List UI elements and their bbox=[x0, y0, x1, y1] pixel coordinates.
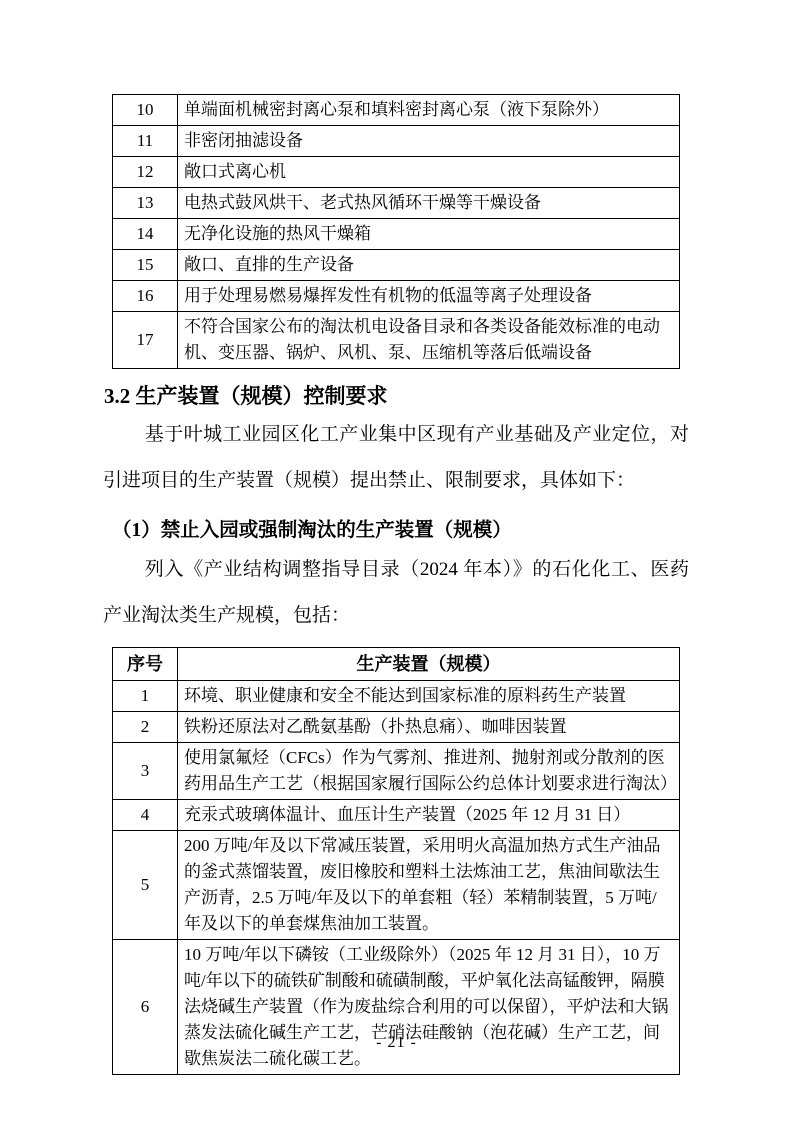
row-text-cell: 不符合国家公布的淘汰机电设备目录和各类设备能效标准的电动机、变压器、锅炉、风机、… bbox=[178, 312, 680, 369]
table-row: 15 敞口、直排的生产设备 bbox=[113, 250, 680, 281]
table-row: 13 电热式鼓风烘干、老式热风循环干燥等干燥设备 bbox=[113, 188, 680, 219]
table-header-row: 序号 生产装置（规模） bbox=[113, 648, 680, 681]
section-heading: 3.2 生产装置（规模）控制要求 bbox=[104, 382, 689, 410]
row-text-cell: 非密闭抽滤设备 bbox=[178, 126, 680, 157]
table-row: 6 10 万吨/年以下磷铵（工业级除外）（2025 年 12 月 31 日），1… bbox=[113, 940, 680, 1075]
row-text-cell: 单端面机械密封离心泵和填料密封离心泵（液下泵除外） bbox=[178, 95, 680, 126]
prohibited-production-table: 序号 生产装置（规模） 1 环境、职业健康和安全不能达到国家标准的原料药生产装置… bbox=[112, 647, 680, 1075]
table-row: 3 使用氯氟烃（CFCs）作为气雾剂、推进剂、抛射剂或分散剂的医药用品生产工艺（… bbox=[113, 743, 680, 800]
row-number-cell: 1 bbox=[113, 681, 178, 712]
row-text-cell: 10 万吨/年以下磷铵（工业级除外）（2025 年 12 月 31 日），10 … bbox=[178, 940, 680, 1075]
row-text-cell: 敞口、直排的生产设备 bbox=[178, 250, 680, 281]
table-row: 1 环境、职业健康和安全不能达到国家标准的原料药生产装置 bbox=[113, 681, 680, 712]
row-number-cell: 2 bbox=[113, 712, 178, 743]
page-number: - 21 - bbox=[0, 1034, 793, 1052]
row-number-cell: 6 bbox=[113, 940, 178, 1075]
row-number-cell: 3 bbox=[113, 743, 178, 800]
table-row: 10 单端面机械密封离心泵和填料密封离心泵（液下泵除外） bbox=[113, 95, 680, 126]
row-text-cell: 电热式鼓风烘干、老式热风循环干燥等干燥设备 bbox=[178, 188, 680, 219]
row-number-cell: 16 bbox=[113, 281, 178, 312]
row-text-cell: 敞口式离心机 bbox=[178, 157, 680, 188]
eliminated-equipment-table: 10 单端面机械密封离心泵和填料密封离心泵（液下泵除外） 11 非密闭抽滤设备 … bbox=[112, 94, 680, 369]
row-number-cell: 15 bbox=[113, 250, 178, 281]
table-row: 2 铁粉还原法对乙酰氨基酚（扑热息痛）、咖啡因装置 bbox=[113, 712, 680, 743]
row-number-cell: 17 bbox=[113, 312, 178, 369]
table-row: 16 用于处理易燃易爆挥发性有机物的低温等离子处理设备 bbox=[113, 281, 680, 312]
row-text-cell: 铁粉还原法对乙酰氨基酚（扑热息痛）、咖啡因装置 bbox=[178, 712, 680, 743]
section-paragraph: 基于叶城工业园区化工产业集中区现有产业基础及产业定位，对引进项目的生产装置（规模… bbox=[103, 412, 689, 504]
table-row: 17 不符合国家公布的淘汰机电设备目录和各类设备能效标准的电动机、变压器、锅炉、… bbox=[113, 312, 680, 369]
row-number-cell: 13 bbox=[113, 188, 178, 219]
row-number-cell: 10 bbox=[113, 95, 178, 126]
row-text-cell: 200 万吨/年及以下常减压装置，采用明火高温加热方式生产油品的釜式蒸馏装置，废… bbox=[178, 831, 680, 940]
row-text-cell: 用于处理易燃易爆挥发性有机物的低温等离子处理设备 bbox=[178, 281, 680, 312]
table-row: 4 充汞式玻璃体温计、血压计生产装置（2025 年 12 月 31 日） bbox=[113, 800, 680, 831]
row-text-cell: 使用氯氟烃（CFCs）作为气雾剂、推进剂、抛射剂或分散剂的医药用品生产工艺（根据… bbox=[178, 743, 680, 800]
column-header-no: 序号 bbox=[113, 648, 178, 681]
row-number-cell: 5 bbox=[113, 831, 178, 940]
table-row: 14 无净化设施的热风干燥箱 bbox=[113, 219, 680, 250]
sub-section-heading: （1）禁止入园或强制淘汰的生产装置（规模） bbox=[112, 517, 689, 545]
row-text-cell: 充汞式玻璃体温计、血压计生产装置（2025 年 12 月 31 日） bbox=[178, 800, 680, 831]
table-row: 5 200 万吨/年及以下常减压装置，采用明火高温加热方式生产油品的釜式蒸馏装置… bbox=[113, 831, 680, 940]
table-row: 11 非密闭抽滤设备 bbox=[113, 126, 680, 157]
row-number-cell: 14 bbox=[113, 219, 178, 250]
row-text-cell: 环境、职业健康和安全不能达到国家标准的原料药生产装置 bbox=[178, 681, 680, 712]
row-number-cell: 12 bbox=[113, 157, 178, 188]
column-header-desc: 生产装置（规模） bbox=[178, 648, 680, 681]
table-row: 12 敞口式离心机 bbox=[113, 157, 680, 188]
document-page: 10 单端面机械密封离心泵和填料密封离心泵（液下泵除外） 11 非密闭抽滤设备 … bbox=[0, 0, 793, 1122]
row-number-cell: 4 bbox=[113, 800, 178, 831]
row-text-cell: 无净化设施的热风干燥箱 bbox=[178, 219, 680, 250]
row-number-cell: 11 bbox=[113, 126, 178, 157]
sub-section-paragraph: 列入《产业结构调整指导目录（2024 年本）》的石化化工、医药产业淘汰类生产规模… bbox=[103, 547, 689, 639]
